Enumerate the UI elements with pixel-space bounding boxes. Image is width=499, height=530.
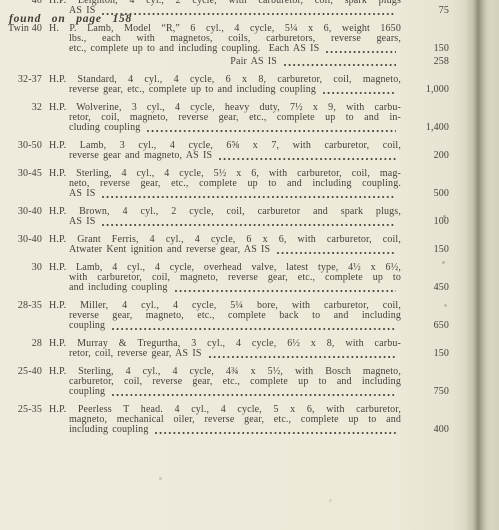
catalog-entry: 25-35 H.P. Peerless T head. 4 cyl., 4 cy… — [2, 405, 466, 435]
catalog-entry: 30 H.P. Lamb, 4 cyl., 4 cycle, overhead … — [2, 263, 466, 293]
dot-leader — [147, 130, 396, 132]
dot-leader — [102, 13, 396, 15]
description-tail: Pair AS IS — [230, 57, 277, 67]
dot-leader — [102, 224, 396, 226]
entry-description: H.P. Grant Ferris, 4 cyl., 4 cycle, 6 x … — [49, 235, 401, 255]
description-tail: cluding coupling — [69, 123, 140, 133]
entry-description: H.P. Wolverine, 3 cyl., 4 cycle, heavy d… — [49, 103, 401, 133]
description-tail: reverse gear, etc., complete up to and i… — [69, 85, 316, 95]
description-tail: reverse gear and magneto, AS IS — [69, 151, 212, 161]
catalog-entry: 28 H.P. Murray & Tregurtha, 3 cyl., 4 cy… — [2, 339, 466, 359]
dot-leader — [112, 328, 396, 330]
hp-range: 28-35 — [2, 301, 42, 311]
catalog-entry: 32 H.P. Wolverine, 3 cyl., 4 cycle, heav… — [2, 103, 466, 133]
catalog-entry: 40 H.P. Leighton, 4 cyl., 2 cycle, with … — [2, 0, 466, 16]
dot-leader — [326, 51, 396, 53]
hp-range: 30 — [2, 263, 42, 273]
description-line: H.P. Brown, 4 cyl., 2 cycle, coil, carbu… — [49, 207, 401, 217]
hp-range: 28 — [2, 339, 42, 349]
hp-range: 30-45 — [2, 169, 42, 179]
dot-leader — [219, 158, 396, 160]
description-tail: coupling — [69, 387, 105, 397]
catalog-entry: 32-37 H.P. Standard, 4 cyl., 4 cycle, 6 … — [2, 75, 466, 95]
description-tail: AS IS — [69, 189, 95, 199]
entry-description: H.P. Miller, 4 cyl., 4 cycle, 5¼ bore, w… — [49, 301, 401, 331]
hp-range: 32 — [2, 103, 42, 113]
dot-leader — [323, 92, 396, 94]
description-tail: retor, coil, reverse gear, AS IS — [69, 349, 202, 359]
hp-range: 25-40 — [2, 367, 42, 377]
description-tail: AS IS — [69, 6, 95, 16]
catalog-entry: Pair AS IS 258 00 — [2, 57, 466, 67]
catalog-entry: Twin 40 H. P. Lamb, Model “R,” 6 cyl., 4… — [2, 24, 466, 54]
entry-description: H.P. Peerless T head. 4 cyl., 4 cycle, 5… — [49, 405, 401, 435]
entry-description: H.P. Sterling, 4 cyl., 4 cycle, 4¾ x 5½,… — [49, 367, 401, 397]
description-line: H.P. Leighton, 4 cyl., 2 cycle, with car… — [49, 0, 401, 6]
catalog-entry: 30-40 H.P. Grant Ferris, 4 cyl., 4 cycle… — [2, 235, 466, 255]
hp-range: 32-37 — [2, 75, 42, 85]
catalog-entry: 25-40 H.P. Sterling, 4 cyl., 4 cycle, 4¾… — [2, 367, 466, 397]
book-edge-shadow — [452, 0, 499, 530]
hp-range: Twin 40 — [2, 24, 42, 34]
entry-description: H.P. Leighton, 4 cyl., 2 cycle, with car… — [49, 0, 401, 16]
entry-description: H.P. Murray & Tregurtha, 3 cyl., 4 cycle… — [49, 339, 401, 359]
description-tail: coupling — [69, 321, 105, 331]
paper-specks — [0, 0, 1, 1]
price-list: 40 H.P. Leighton, 4 cyl., 2 cycle, with … — [2, 0, 466, 443]
dot-leader — [284, 64, 396, 66]
description-tail: including coupling — [69, 425, 148, 435]
dot-leader — [102, 196, 396, 198]
entry-description: H. P. Lamb, Model “R,” 6 cyl., 4 cycle, … — [49, 24, 401, 54]
description-line: neto, reverse gear, etc., complete up to… — [49, 179, 401, 189]
catalog-entry: 30-50 H.P. Lamb, 3 cyl., 4 cycle, 6⅝ x 7… — [2, 141, 466, 161]
entry-description: H.P. Lamb, 3 cyl., 4 cycle, 6⅝ x 7, with… — [49, 141, 401, 161]
catalog-entry: 28-35 H.P. Miller, 4 cyl., 4 cycle, 5¼ b… — [2, 301, 466, 331]
entry-description: H.P. Lamb, 4 cyl., 4 cycle, overhead val… — [49, 263, 401, 293]
catalog-entry: 30-40 H.P. Brown, 4 cyl., 2 cycle, coil,… — [2, 207, 466, 227]
description-tail: etc., complete up to and including coupl… — [69, 44, 319, 54]
catalog-entry: 30-45 H.P. Sterling, 4 cyl., 4 cycle, 5½… — [2, 169, 466, 199]
catalog-page: 40 H.P. Leighton, 4 cyl., 2 cycle, with … — [0, 0, 499, 530]
hp-range: 30-40 — [2, 207, 42, 217]
hp-range: 30-50 — [2, 141, 42, 151]
dot-leader — [155, 432, 396, 434]
description-tail: and including coupling — [69, 283, 168, 293]
dot-leader — [209, 356, 396, 358]
entry-description: Pair AS IS — [49, 57, 401, 67]
hp-range: 30-40 — [2, 235, 42, 245]
dot-leader — [112, 394, 396, 396]
hp-range: 40 — [2, 0, 42, 6]
description-tail: Atwater Kent ignition and reverse gear, … — [69, 245, 270, 255]
dot-leader — [175, 290, 396, 292]
entry-description: H.P. Standard, 4 cyl., 4 cycle, 6 x 8, c… — [49, 75, 401, 95]
hp-range: 25-35 — [2, 405, 42, 415]
entry-description: H.P. Sterling, 4 cyl., 4 cycle, 5½ x 6, … — [49, 169, 401, 199]
dot-leader — [277, 252, 396, 254]
entry-description: H.P. Brown, 4 cyl., 2 cycle, coil, carbu… — [49, 207, 401, 227]
description-tail: AS IS — [69, 217, 95, 227]
